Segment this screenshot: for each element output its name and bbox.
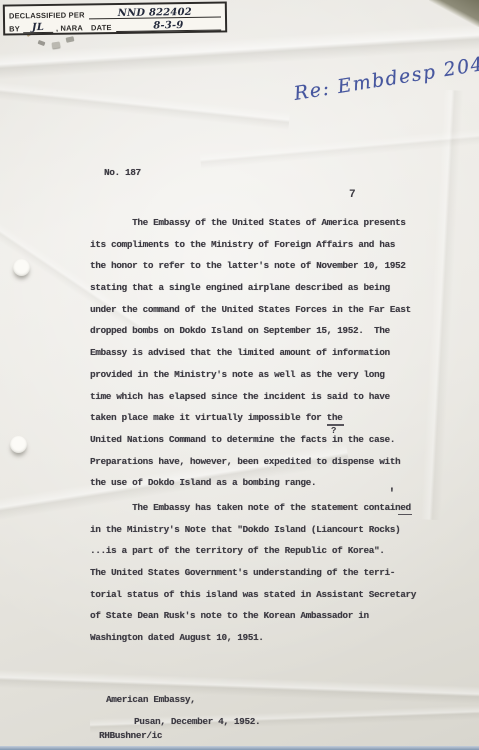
text-line: time which has elapsed since the inciden… xyxy=(90,386,411,408)
drafter-initials: RHBushner/ic xyxy=(99,730,162,741)
closing-organization: American Embassy, xyxy=(106,694,195,705)
stamp-by-label: BY xyxy=(9,24,20,33)
text-line: the use of Dokdo Island as a bombing ran… xyxy=(90,472,411,494)
body-paragraph-2: The Embassy has taken note of the statem… xyxy=(90,497,416,649)
paper-crease xyxy=(0,80,290,130)
stamp-date-value: 8-3-9 xyxy=(116,21,222,32)
stamp-date-label: DATE xyxy=(91,23,112,32)
stamp-by-initials: JL xyxy=(23,23,53,33)
text-line: dropped bombs on Dokdo Island on Septemb… xyxy=(90,320,411,342)
paper-speck xyxy=(38,40,46,46)
pencil-question-mark: ? xyxy=(331,426,336,436)
text-line: United Nations Command to determine the … xyxy=(90,429,411,451)
stray-pencil-mark: 7 xyxy=(349,189,356,201)
scan-edge xyxy=(0,746,479,750)
text-line: Washington dated August 10, 1951. xyxy=(90,627,416,649)
text-line: torial status of this island was stated … xyxy=(90,584,416,606)
text-line: stating that a single engined airplane d… xyxy=(90,277,411,299)
text-line: of State Dean Rusk's note to the Korean … xyxy=(90,605,416,627)
text-line: The Embassy of the United States of Amer… xyxy=(90,212,411,234)
text-line: The Embassy has taken note of the statem… xyxy=(90,497,416,519)
punch-hole xyxy=(13,259,30,276)
stamp-declassified-label: DECLASSIFIED PER xyxy=(9,10,85,20)
body-paragraph-1: The Embassy of the United States of Amer… xyxy=(90,212,411,494)
document-number: No. 187 xyxy=(104,167,141,178)
punch-hole xyxy=(10,436,27,453)
scanned-document-page: DECLASSIFIED PER NND 822402 BY JL , NARA… xyxy=(0,0,479,750)
text-line: Embassy is advised that the limited amou… xyxy=(90,342,411,364)
text-line: taken place make it virtually impossible… xyxy=(90,407,411,429)
handwritten-routing-note: Re: Embdesp 204 xyxy=(292,53,479,105)
text-line: The United States Government's understan… xyxy=(90,562,416,584)
paper-crease xyxy=(0,669,479,704)
stamp-nara-label: , NARA xyxy=(56,23,83,32)
text-line: in the Ministry's Note that "Dokdo Islan… xyxy=(90,519,416,541)
paper-crease xyxy=(421,90,463,520)
paper-speck xyxy=(52,41,61,48)
closing-place-date: Pusan, December 4, 1952. xyxy=(134,716,260,727)
text-line: its compliments to the Ministry of Forei… xyxy=(90,234,411,256)
text-line: under the command of the United States F… xyxy=(90,299,411,321)
text-line: the honor to refer to the latter's note … xyxy=(90,255,411,277)
page-corner-fold xyxy=(429,0,479,27)
text-line: Preparations have, however, been expedit… xyxy=(90,451,411,473)
paper-speck xyxy=(66,36,75,43)
declassified-stamp: DECLASSIFIED PER NND 822402 BY JL , NARA… xyxy=(3,1,227,35)
pencil-underline xyxy=(398,514,412,515)
paper-crease xyxy=(200,127,479,169)
text-line: ...is a part of the territory of the Rep… xyxy=(90,540,416,562)
stamp-nnd-number: NND 822402 xyxy=(89,8,221,20)
pencil-caret-mark: ' xyxy=(388,486,396,501)
text-line: provided in the Ministry's note as well … xyxy=(90,364,411,386)
